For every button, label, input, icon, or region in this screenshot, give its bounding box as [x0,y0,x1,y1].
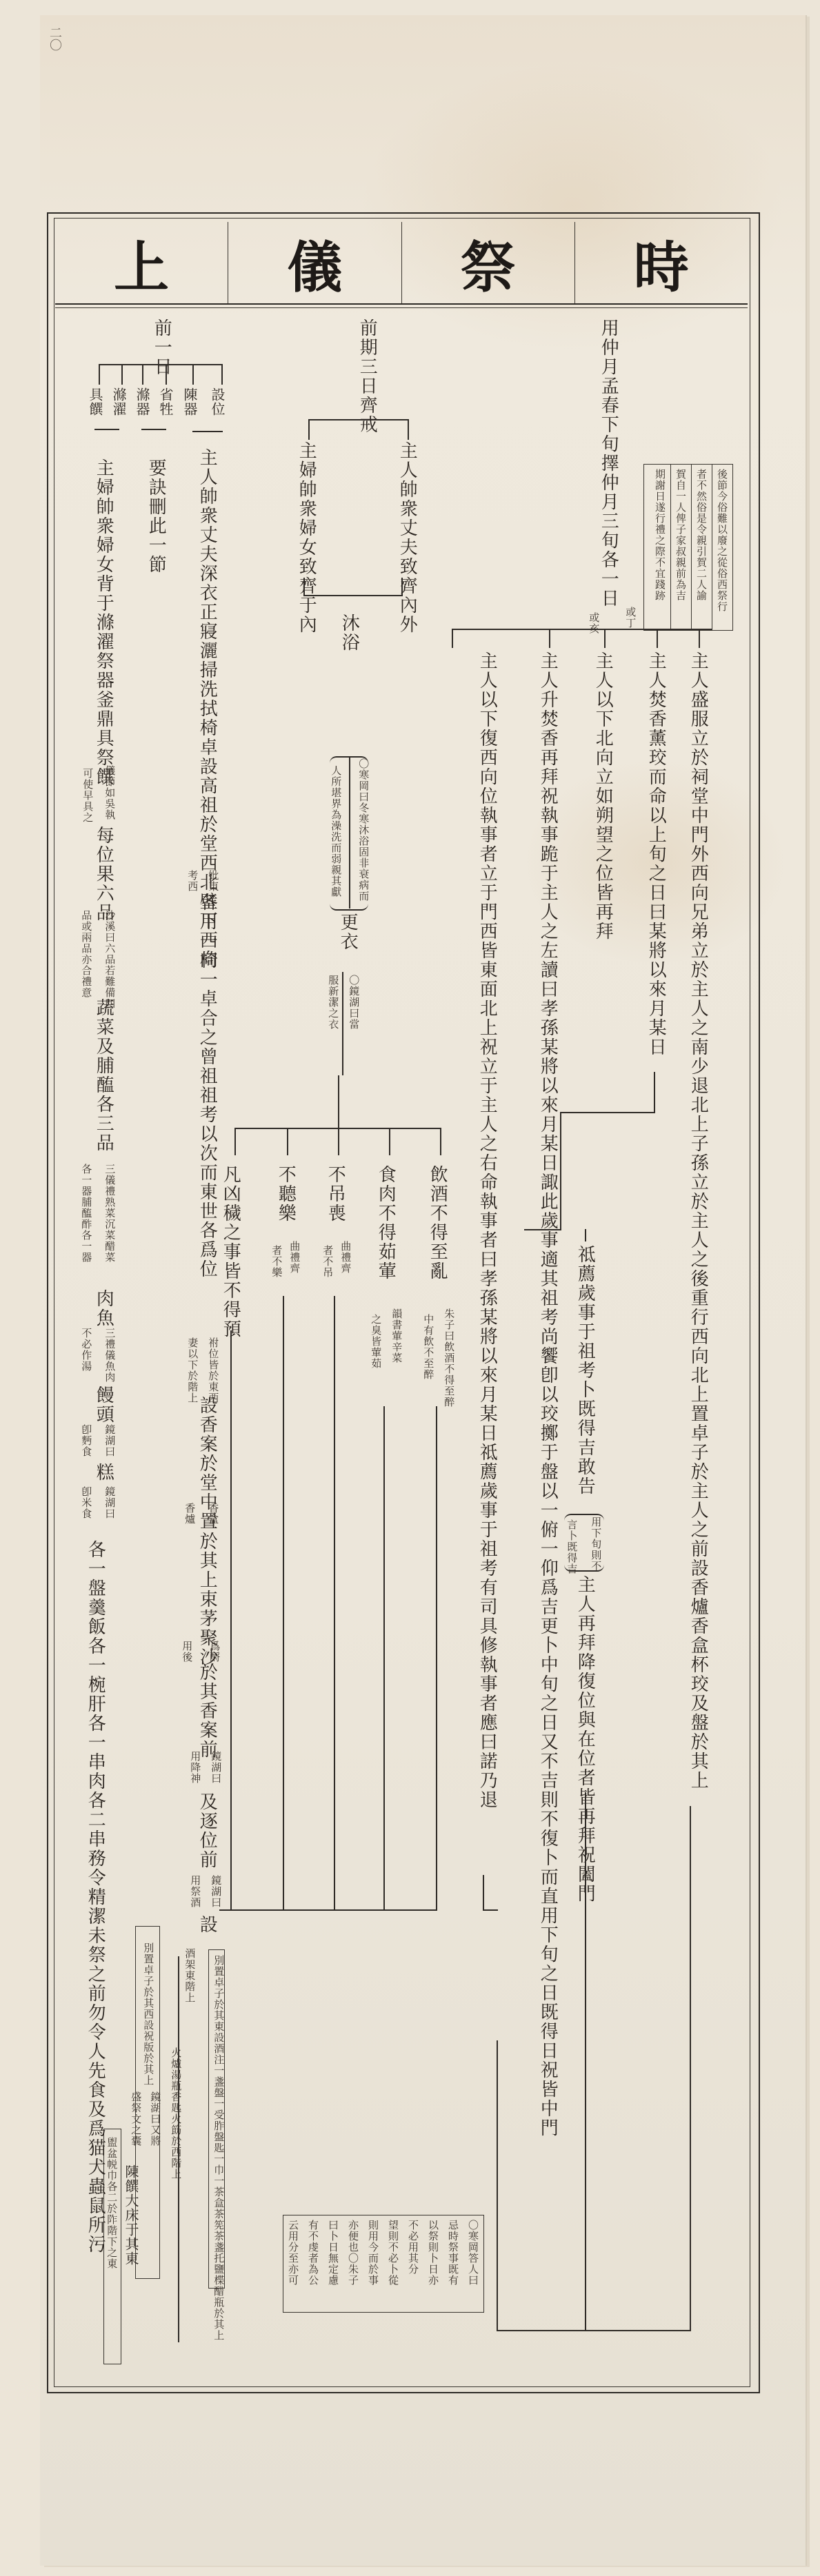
fasting-hostess: 主婦帥衆婦女致齊于內 [295,441,317,634]
veg-note-right: 三儀禮熟菜沉菜醋菜 [103,1164,115,1263]
date-heading: 用仲月孟春下旬擇仲月三旬各一日 [597,318,619,608]
connector-line [234,1128,236,1155]
branch-announce: 祗薦歲事于祖考卜既得吉敢告 [574,1245,595,1496]
connector-line [142,364,143,385]
bathing-note-left: 人所堪界為澡洗而弱親其獻 [330,765,341,897]
bun-note-right: 鏡湖曰 [103,1424,115,1457]
corner-annotation: 二〇 [46,26,63,51]
connector-line [99,364,223,365]
day-before-heading: 前一日 [150,318,172,376]
connector-line [440,1128,441,1155]
connector-line [338,1075,339,1155]
note-col: 亦便也〇朱子 [343,2215,363,2312]
rule-impurity: 凡凶穢之事皆不得預 [219,1165,241,1339]
title-rule [55,307,748,308]
connector-line [219,1909,437,1911]
note-col: 〇寒岡答人曰 [463,2215,483,2312]
step-1-text: 主人盛服立於祠堂中門外西向兄弟立於主人之南少退北上子孫立於主人之後重行西向北上置… [687,651,708,1906]
connector-line [657,629,658,648]
host-note2-right: 祔位皆於東西 [207,1337,219,1403]
incense-note4-right: 鏡湖曰 [210,1751,221,1784]
connector-line [94,429,119,430]
task-inspect-animals: 省牲 [157,387,174,416]
connector-line [221,364,223,385]
drink-note-left: 中有飲不至醉 [422,1314,434,1380]
incense-cont2: 於其香案前 [196,1663,217,1759]
connector-line [483,1909,498,1911]
connector-line [308,419,310,440]
connector-line [690,1806,691,2330]
fruit-note-right: 沙溪曰六品若難備四 [103,910,115,1009]
cake-note-right: 鏡湖曰 [103,1486,115,1519]
mourning-note-left: 者不吊 [321,1245,333,1278]
change-note-left: 服新潔之衣 [327,975,339,1030]
rule-music: 不聽樂 [274,1165,296,1223]
connector-line [389,1128,390,1155]
fasting-host: 主人帥衆丈夫致齊內外 [396,441,417,634]
note-col: 云用分至亦可 [283,2215,303,2312]
basin-note: 盥盆帨巾各二於阼階下之東 [106,2137,117,2269]
incense-note3-right: 爲酹 [208,1641,220,1663]
title-char: 時 [575,222,748,303]
date-note-box: 後節今俗難以廢之從俗西祭行 者不然俗是令親引賀二人諭 賀自一人俾子家叔親前為吉 … [643,464,733,631]
veg-note-left: 各一器脯醢酢各一器 [80,1164,92,1263]
change-clothes-label: 更衣 [337,913,358,951]
title-char: 上 [55,222,228,303]
host-note-right: 妣東 [207,870,219,892]
connector-line [283,1296,284,1909]
note-col: 望則不必卜從 [383,2215,403,2312]
title-char: 儀 [228,222,401,303]
food-table: 陳饌大床于其東 [123,2164,139,2266]
abridged-note: 要訣刪此一節 [145,458,166,574]
change-note-right: 〇鏡湖曰當 [348,975,359,1030]
step-5-text: 主人以下復西向位執事者立于門西皆東面北上祝立于主人之右命執事者曰孝孫某將以來月某… [476,651,497,1872]
fasting-heading: 前期三日齊戒 [356,318,377,434]
connector-line [141,429,166,430]
step-3-text: 主人以下北向立如朔望之位皆再拜 [592,651,613,941]
meat-fish-text: 肉魚 [92,1289,114,1328]
bun-text: 饅頭 [92,1386,114,1424]
connector-line [303,578,305,596]
bun-note-left: 卽麪食 [80,1424,92,1457]
connector-line [654,1072,655,1112]
mourning-note-right: 曲禮齊 [339,1241,351,1274]
step-4-text: 主人升焚香再拜祝執事跪于主人之左讀曰孝孫某將以來月某日諏此歲事適其祖考尚饗卽以珓… [537,651,558,2292]
set-note: 酒架東階上 [183,1948,195,2003]
rule-drink: 飲酒不得至亂 [426,1165,448,1281]
music-note-right: 曲禮齊 [288,1241,300,1274]
note-col: 期謝日遂行禮之際不宜踐跡 [650,465,670,630]
connector-line [166,364,167,385]
note-col: 者不然俗是令親引賀二人諭 [691,465,712,630]
hostess-note-right: 儀節如吳執 [103,765,115,820]
bathing-note-right: 〇寒岡曰冬寒沐浴固非衰病而 [357,758,369,902]
connector-line [699,629,700,648]
brace-stem [349,757,350,909]
note-col: 後節今俗難以廢之從俗西祭行 [712,465,732,630]
note-col: 有不虔者為公 [303,2215,323,2312]
connector-line [524,1229,561,1230]
connector-line [560,1112,655,1113]
veg-text: 蔬菜及脯醢各三品 [92,998,114,1153]
note-col: 曰卜日無定慮 [323,2215,343,2312]
task-wash-vessels: 滌器 [134,387,150,416]
connector-line [178,1956,179,2342]
drink-note-right: 朱子曰飲酒不得至醉 [443,1308,454,1408]
connector-line [334,1296,335,1909]
connector-line [585,1792,586,2330]
spread-each-seat: 及逐位前 [196,1792,217,1869]
hostess-note-left: 可使早具之 [81,768,93,823]
step-2-text: 主人焚香薰珓而命以上旬之日曰某將以來月某日 [645,651,666,1057]
connector-line [287,1128,288,1155]
brazier-text: 火爐湯瓶香匙火筯於西階上 [170,2047,181,2180]
incense-note4-left: 用降神 [189,1751,201,1784]
connector-line [436,1406,437,1909]
connector-line [303,595,403,596]
meat-note-right: 韻書葷辛菜 [390,1308,402,1363]
connector-line [383,1406,385,1909]
note-col: 忌時祭事既有 [443,2215,463,2312]
task-rinse: 滌濯 [110,387,127,416]
note-col: 則用今而於事 [363,2215,383,2312]
connector-line [308,419,409,420]
connector-line [483,1875,484,1909]
note-col: 不必用其分 [403,2215,423,2312]
connector-line [452,629,453,648]
connector-line [560,1112,561,1229]
connector-line [192,431,223,432]
note-col: 以祭則卜日亦 [423,2215,443,2312]
connector-line [99,364,100,385]
set-label: 設 [196,1915,217,1934]
meat-note-left: 之臭皆葷茹 [370,1314,381,1369]
music-note-left: 者不樂 [270,1245,282,1278]
bathing-label: 沐浴 [338,613,359,652]
side-west-note-left: 盛祭文之囊 [130,2091,141,2147]
side-table-west: 別置卓子於其西設祝版於其上 [142,1943,154,2086]
task-set-seat: 設位 [209,387,226,416]
connector-line [585,1229,586,1241]
date-note-left: 或亥 [588,612,599,634]
bottom-note-box: 〇寒岡答人曰 忌時祭事既有 以祭則卜日亦 不必用其分 望則不必卜從 則用今而於事… [283,2215,484,2313]
host-note-left: 考西 [186,870,198,892]
rule-mourning: 不吊喪 [324,1165,346,1223]
meat-fish-note-left: 不必作湯 [80,1328,92,1372]
branch-note-right: 用下旬則不 [590,1517,601,1572]
title-band: 上 儀 祭 時 [55,222,748,305]
meat-fish-note-right: 三禮儀魚肉 [103,1328,115,1383]
cake-text: 糕 [92,1463,114,1482]
incense-note3-left: 用後 [181,1641,192,1663]
spread-note-left: 用祭酒 [189,1875,201,1908]
fruit-text: 每位果六品 [92,826,114,922]
host-note2-left: 妻以下於階上 [186,1337,198,1403]
connector-line [452,629,712,630]
connector-line [192,364,194,385]
connector-line [230,1330,232,1909]
connector-line [401,578,403,596]
rule-meat: 食肉不得茹葷 [374,1165,396,1281]
portion-text: 各一盤羹飯各一椀肝各一串肉各二串務令精潔未祭之前勿令人先食及爲猫犬蟲鼠所污 [84,1540,106,2254]
spread-note-right: 鏡湖曰 [210,1875,221,1908]
connector-line [408,419,409,440]
connector-line [121,364,123,385]
connector-line [497,2040,498,2330]
side-table-east: 別置卓子於其東設酒注一盞盤一受胙盤匙一巾一茶盒茶筅茶盞托鹽楪醋瓶於其上 [212,1955,224,2341]
title-char: 祭 [402,222,575,303]
brace-stem [342,972,343,1075]
task-display-vessels: 陳器 [181,387,198,416]
note-col: 賀自一人俾子家叔親前為吉 [670,465,691,630]
task-prepare-food: 具饌 [87,387,103,416]
connector-line [497,2330,691,2331]
connector-line [604,629,606,648]
host-setup-cont: 各用一椅一卓合之曾祖祖考以次而東世各爲位 [196,893,217,1279]
incense-note-left: 香爐 [183,1503,195,1525]
connector-line [549,629,550,648]
fruit-note-left: 品或兩品亦合禮意 [80,910,92,998]
cake-note-left: 卽米食 [80,1486,92,1519]
hostess-setup-text: 主婦帥衆婦女背于滌濯祭器釜鼎具祭饌 [92,458,114,787]
side-west-note-right: 鏡湖曰又將 [149,2091,161,2147]
branch-note-left: 言卜既得吉 [566,1519,577,1574]
date-note-right: 或丁 [624,607,636,629]
incense-note-right: 香盒 [207,1503,219,1525]
